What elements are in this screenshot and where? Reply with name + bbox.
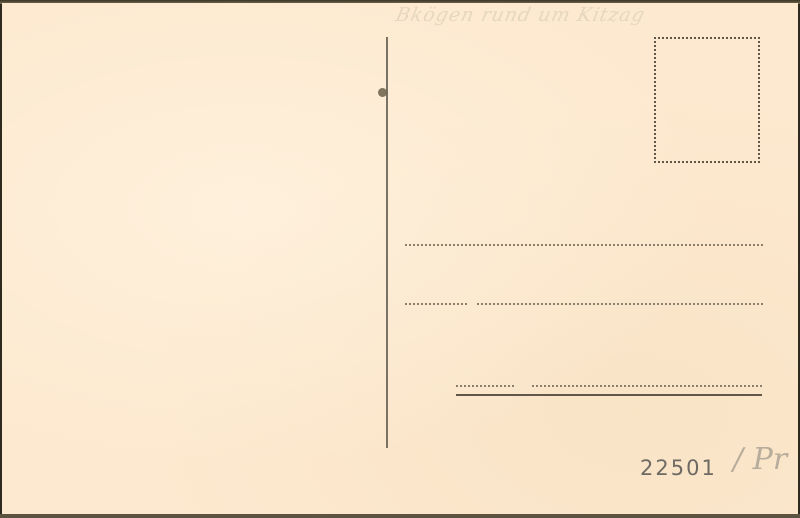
address-underline [456, 394, 762, 396]
faint-inscription: Bkögen rund um Kitzag [394, 4, 648, 26]
message-address-divider [386, 37, 388, 448]
address-line-3b [532, 385, 762, 387]
scan-bottom-edge [0, 514, 800, 518]
ink-blot [378, 88, 387, 97]
stamp-placeholder-box [654, 37, 760, 163]
pencil-initials: / Pr [733, 442, 787, 477]
address-line-2a [405, 303, 467, 305]
address-line-2b [477, 303, 763, 305]
address-line-3a [456, 385, 514, 387]
inventory-number: 22501 [640, 456, 717, 480]
address-line-1 [405, 244, 763, 246]
